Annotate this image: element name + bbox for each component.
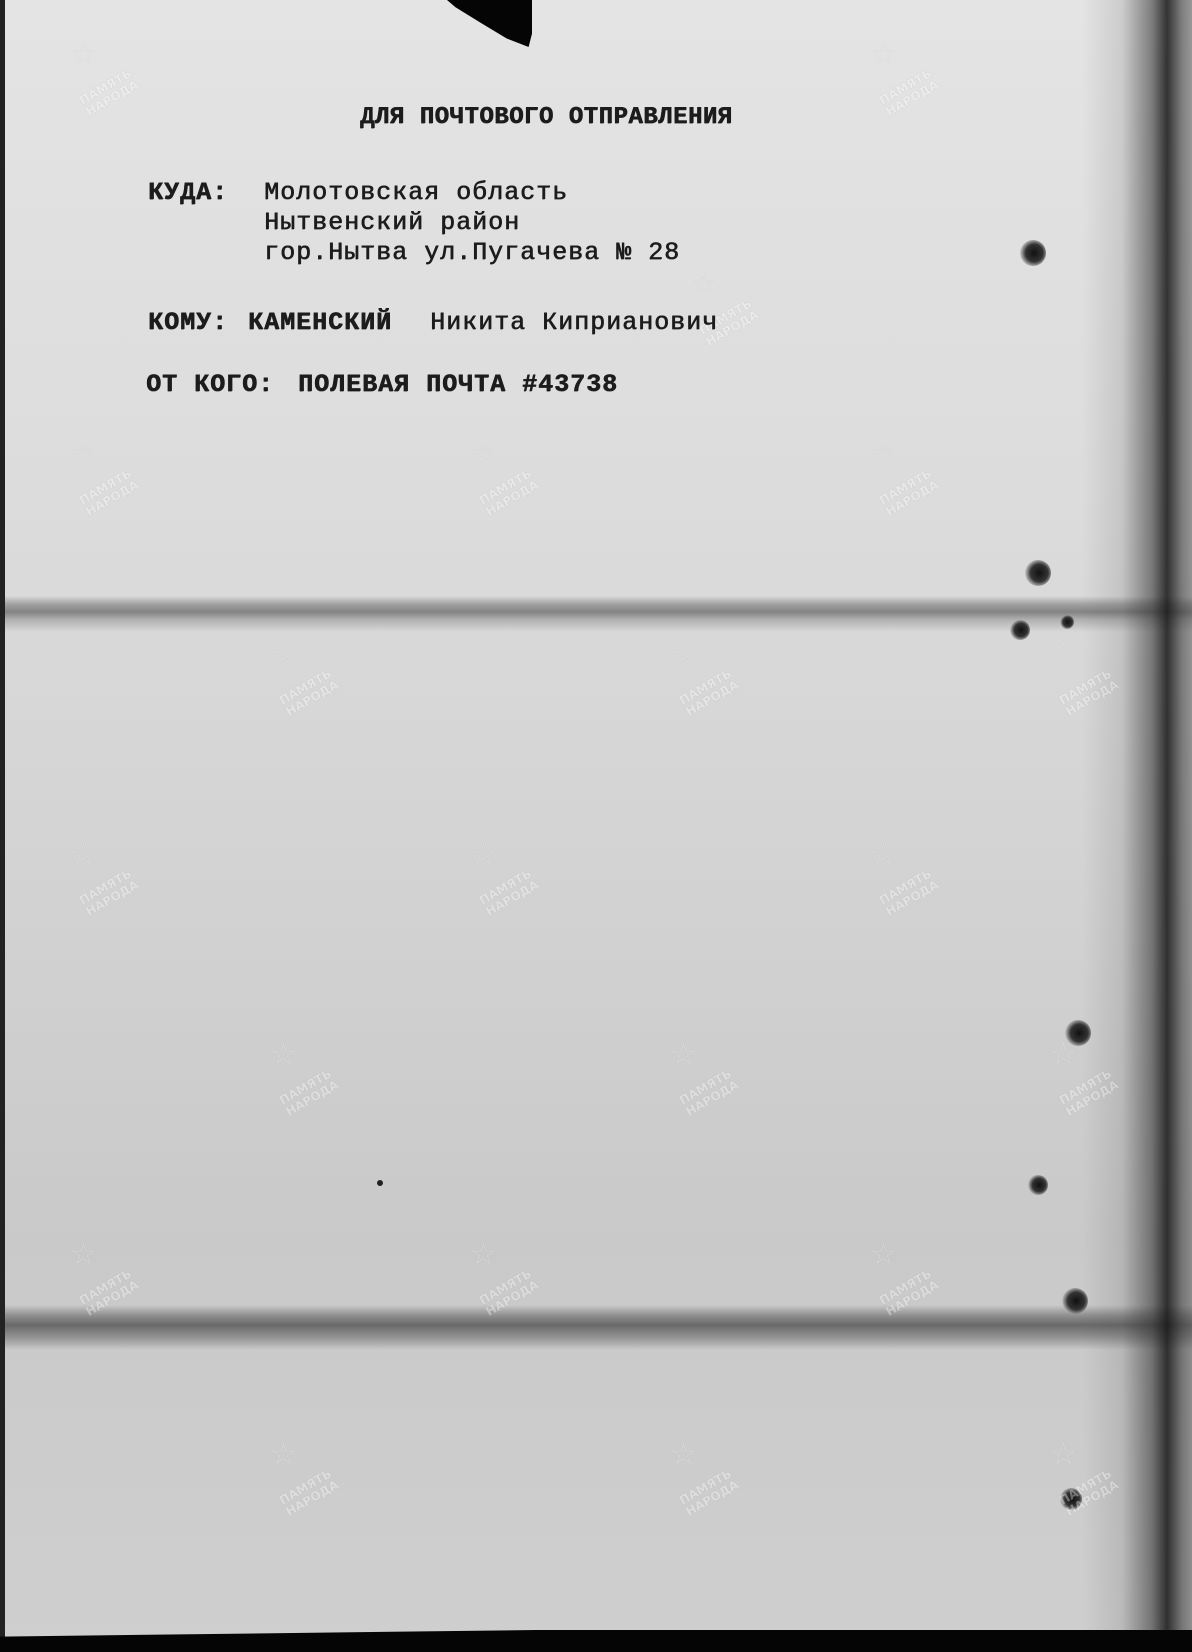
punch-hole: [1062, 1288, 1088, 1314]
watermark-text: НАРОДА: [283, 1478, 341, 1519]
watermark: ☆ ПАМЯТЬНАРОДА: [60, 440, 170, 540]
recipient-name: Никита Киприанович: [430, 308, 718, 337]
watermark: ☆ ПАМЯТЬНАРОДА: [860, 1240, 970, 1340]
watermark-text: ПАМЯТЬ: [77, 67, 134, 108]
watermark: ☆ ПАМЯТЬНАРОДА: [60, 1240, 170, 1340]
scanned-document-page: ☆ ПАМЯТЬНАРОДА ☆ ПАМЯТЬНАРОДА ☆ ПАМЯТЬНА…: [0, 0, 1192, 1652]
watermark-text: ПАМЯТЬ: [877, 467, 934, 508]
watermark-text: ПАМЯТЬ: [477, 467, 534, 508]
watermark: ☆ ПАМЯТЬНАРОДА: [860, 40, 970, 140]
star-icon: ☆: [870, 1240, 897, 1270]
watermark: ☆ ПАМЯТЬНАРОДА: [660, 1040, 770, 1140]
star-icon: ☆: [690, 270, 717, 300]
watermark-text: ПАМЯТЬ: [677, 1067, 734, 1108]
watermark: ☆ ПАМЯТЬНАРОДА: [260, 1040, 370, 1140]
recipient-label: КОМУ:: [148, 308, 228, 337]
star-icon: ☆: [470, 840, 497, 870]
watermark-text: ПАМЯТЬ: [277, 667, 334, 708]
watermark-text: ПАМЯТЬ: [277, 1067, 334, 1108]
watermark-text: НАРОДА: [83, 78, 141, 119]
watermark: ☆ ПАМЯТЬНАРОДА: [660, 640, 770, 740]
watermark-text: НАРОДА: [83, 1278, 141, 1319]
punch-hole: [1025, 560, 1051, 586]
star-icon: ☆: [270, 1440, 297, 1470]
watermark-text: ПАМЯТЬ: [877, 1267, 934, 1308]
watermark-text: НАРОДА: [683, 1078, 741, 1119]
star-icon: ☆: [870, 840, 897, 870]
address-line-region: Молотовская область: [264, 178, 568, 207]
watermark-text: НАРОДА: [83, 878, 141, 919]
star-icon: ☆: [270, 1040, 297, 1070]
scan-bottom-edge: [0, 1630, 1192, 1652]
punch-hole: [1060, 1488, 1082, 1510]
watermark: ☆ ПАМЯТЬНАРОДА: [860, 440, 970, 540]
watermark-text: НАРОДА: [283, 1078, 341, 1119]
sender-label: ОТ КОГО:: [146, 370, 274, 399]
watermark-text: НАРОДА: [683, 1478, 741, 1519]
watermark: ☆ ПАМЯТЬНАРОДА: [660, 1440, 770, 1540]
watermark-text: ПАМЯТЬ: [77, 1267, 134, 1308]
watermark-text: НАРОДА: [483, 878, 541, 919]
star-icon: ☆: [70, 40, 97, 70]
watermark-text: НАРОДА: [883, 1278, 941, 1319]
ink-speck: [377, 1180, 383, 1186]
watermark: ☆ ПАМЯТЬНАРОДА: [460, 1240, 570, 1340]
torn-corner: [447, 0, 532, 48]
address-line-district: Нытвенский район: [264, 208, 520, 237]
watermark-text: ПАМЯТЬ: [477, 867, 534, 908]
watermark: ☆ ПАМЯТЬНАРОДА: [60, 40, 170, 140]
watermark: ☆ ПАМЯТЬНАРОДА: [260, 1440, 370, 1540]
watermark: ☆ ПАМЯТЬНАРОДА: [860, 840, 970, 940]
watermark: ☆ ПАМЯТЬНАРОДА: [60, 840, 170, 940]
punch-hole: [1028, 1175, 1048, 1195]
address-label: КУДА:: [148, 178, 228, 207]
star-icon: ☆: [670, 1040, 697, 1070]
recipient-surname: КАМЕНСКИЙ: [248, 308, 392, 337]
watermark-text: НАРОДА: [483, 1278, 541, 1319]
star-icon: ☆: [1050, 640, 1077, 670]
punch-hole: [1060, 615, 1074, 629]
watermark: ☆ ПАМЯТЬНАРОДА: [460, 440, 570, 540]
watermark-text: НАРОДА: [883, 878, 941, 919]
watermark-text: ПАМЯТЬ: [877, 867, 934, 908]
watermark-text: НАРОДА: [883, 478, 941, 519]
watermark-text: НАРОДА: [483, 478, 541, 519]
watermark-text: ПАМЯТЬ: [77, 467, 134, 508]
star-icon: ☆: [70, 1240, 97, 1270]
watermark-text: ПАМЯТЬ: [477, 1267, 534, 1308]
binding-shadow: [1082, 0, 1192, 1652]
watermark-text: ПАМЯТЬ: [677, 1467, 734, 1508]
watermark-text: ПАМЯТЬ: [277, 1467, 334, 1508]
star-icon: ☆: [470, 440, 497, 470]
watermark: ☆ ПАМЯТЬНАРОДА: [260, 640, 370, 740]
watermark-text: НАРОДА: [683, 678, 741, 719]
sender-value: ПОЛЕВАЯ ПОЧТА #43738: [298, 370, 618, 399]
watermark-text: ПАМЯТЬ: [77, 867, 134, 908]
watermark-text: НАРОДА: [83, 478, 141, 519]
star-icon: ☆: [270, 640, 297, 670]
punch-hole: [1065, 1020, 1091, 1046]
star-icon: ☆: [70, 440, 97, 470]
star-icon: ☆: [870, 440, 897, 470]
star-icon: ☆: [70, 840, 97, 870]
star-icon: ☆: [870, 40, 897, 70]
star-icon: ☆: [1050, 1440, 1077, 1470]
watermark: ☆ ПАМЯТЬНАРОДА: [460, 840, 570, 940]
watermark-text: НАРОДА: [283, 678, 341, 719]
star-icon: ☆: [470, 1240, 497, 1270]
star-icon: ☆: [670, 1440, 697, 1470]
star-icon: ☆: [670, 640, 697, 670]
watermark-text: ПАМЯТЬ: [677, 667, 734, 708]
watermark-text: НАРОДА: [883, 78, 941, 119]
punch-hole: [1010, 620, 1030, 640]
punch-hole: [1020, 240, 1046, 266]
scan-left-edge: [0, 0, 5, 1652]
document-title: ДЛЯ ПОЧТОВОГО ОТПРАВЛЕНИЯ: [360, 104, 733, 131]
watermark-text: ПАМЯТЬ: [877, 67, 934, 108]
address-line-street: гор.Нытва ул.Пугачева № 28: [264, 238, 680, 267]
